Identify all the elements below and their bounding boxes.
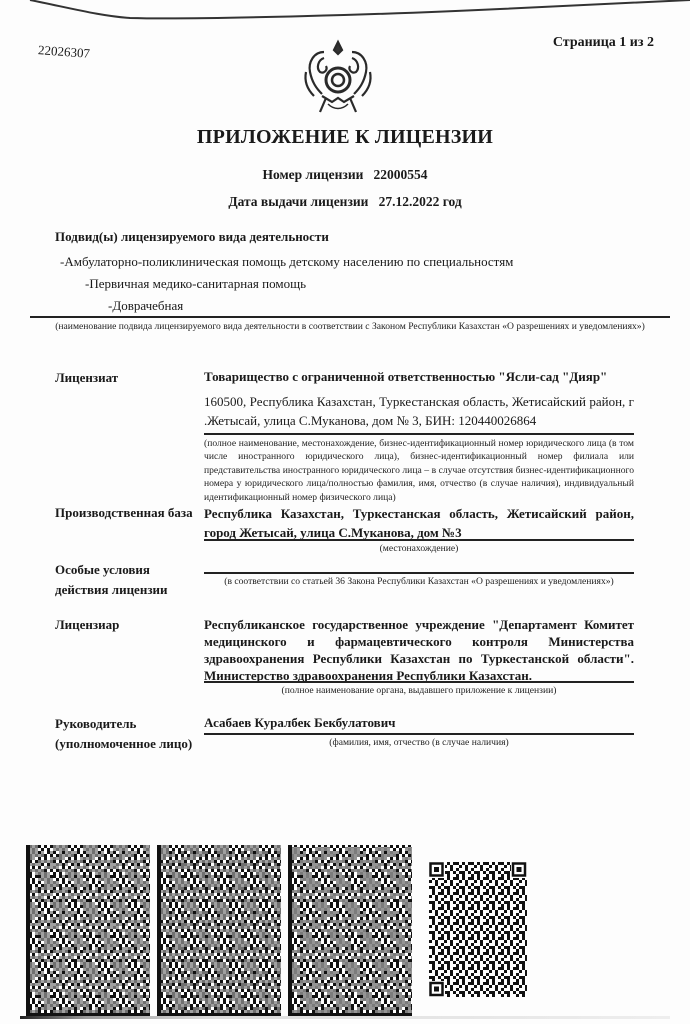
licensee-name: Товарищество с ограниченной ответственно… [204, 369, 634, 385]
special-conditions-note: (в соответствии со статьей 36 Закона Рес… [204, 576, 634, 587]
licensor-note: (полное наименование органа, выдавшего п… [204, 685, 634, 696]
special-conditions-label: Особые условия действия лицензии [55, 562, 168, 598]
licensee-address: 160500, Республика Казахстан, Туркестанс… [204, 392, 634, 430]
production-base-value: Республика Казахстан, Туркестанская обла… [204, 504, 634, 542]
subtype-item: -Амбулаторно-поликлиническая помощь детс… [60, 254, 513, 270]
datamatrix-code-icon [26, 845, 150, 1017]
head-label: Руководитель (уполномоченное лицо) [55, 716, 192, 752]
scan-edge-shadow [20, 1016, 670, 1019]
production-base-label: Производственная база [55, 505, 193, 521]
license-number-label: Номер лицензии [262, 167, 363, 182]
licensor-label: Лицензиар [55, 617, 119, 633]
subtype-item: -Первичная медико-санитарная помощь [85, 276, 306, 292]
divider [30, 316, 670, 318]
subtypes-heading: Подвид(ы) лицензируемого вида деятельнос… [55, 229, 329, 245]
license-number: 22000554 [374, 167, 428, 182]
divider [204, 539, 634, 541]
scan-edge-shadow [0, 0, 690, 22]
licensor-value: Республиканское государственное учрежден… [204, 616, 634, 684]
state-emblem-icon [300, 38, 376, 116]
head-note: (фамилия, имя, отчество (в случае наличи… [204, 737, 634, 748]
divider [204, 733, 634, 735]
page-indicator: Страница 1 из 2 [553, 35, 654, 51]
license-number-line: Номер лицензии 22000554 [0, 167, 690, 183]
document-number: 22026307 [38, 42, 91, 62]
production-base-note: (местонахождение) [204, 543, 634, 554]
divider [204, 433, 634, 435]
license-date-line: Дата выдачи лицензии 27.12.2022 год [0, 194, 690, 210]
document-title: ПРИЛОЖЕНИЕ К ЛИЦЕНЗИИ [0, 126, 690, 149]
datamatrix-code-icon [288, 845, 412, 1017]
license-date: 27.12.2022 год [379, 194, 462, 209]
licensee-note: (полное наименование, местонахождение, б… [204, 437, 634, 504]
special-conditions-field [204, 572, 634, 574]
license-date-label: Дата выдачи лицензии [228, 194, 368, 209]
qr-code-icon [429, 862, 527, 997]
subtype-item: -Доврачебная [108, 298, 183, 314]
divider [204, 681, 634, 683]
datamatrix-code-icon [157, 845, 281, 1017]
subtypes-note: (наименование подвида лицензируемого вид… [32, 320, 668, 333]
head-name: Асабаев Куралбек Бекбулатович [204, 715, 634, 731]
licensee-label: Лицензиат [55, 370, 118, 386]
